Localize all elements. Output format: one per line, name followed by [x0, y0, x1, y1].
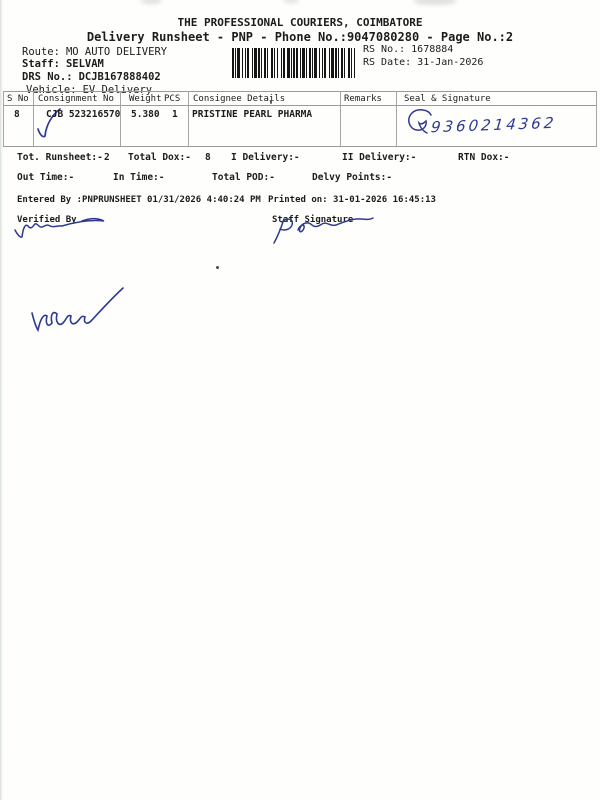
table-vline [33, 91, 34, 146]
rtn-dox-label: RTN Dox:- [458, 152, 509, 163]
table-border-bottom [3, 146, 597, 147]
handwritten-phone-number: 9360214362 [430, 114, 557, 136]
total-dox-label: Total Dox:- [128, 152, 191, 163]
table-vline [596, 91, 597, 146]
drs-label: DRS No.: [22, 71, 73, 83]
rs-date-label: RS Date: [363, 57, 411, 68]
scan-smudge [283, 0, 299, 3]
cell-consignment: CJB 523216570 [46, 109, 120, 120]
total-dox-value: 8 [205, 152, 211, 163]
col-header-sno: S No [7, 94, 29, 104]
table-vline [3, 91, 4, 146]
table-vline [396, 91, 397, 146]
entered-by-text: Entered By :PNPRUNSHEET 01/31/2026 4:40:… [17, 195, 261, 205]
in-time-label: In Time:- [113, 172, 164, 183]
table-header-divider [3, 105, 597, 106]
out-time-label: Out Time:- [17, 172, 74, 183]
drs-value: DCJB167888402 [79, 71, 161, 83]
table-vline [188, 91, 189, 146]
tot-runsheet-value: 2 [104, 152, 110, 163]
total-pod-label: Total POD:- [212, 172, 275, 183]
table-border-top [3, 91, 597, 92]
col-header-seal: Seal & Signature [404, 94, 491, 104]
barcode-icon [232, 48, 358, 78]
tot-runsheet-label: Tot. Runsheet:- [17, 152, 103, 163]
scan-smudge [140, 0, 162, 4]
rs-date-line: RS Date:31-Jan-2026 [363, 57, 483, 68]
printed-on-text: Printed on: 31-01-2026 16:45:13 [268, 195, 436, 205]
verified-by-signature [12, 216, 108, 242]
staff-label: Staff: [22, 58, 60, 70]
scanned-runsheet-page: THE PROFESSIONAL COURIERS, COIMBATORE De… [0, 0, 600, 800]
col-header-remarks: Remarks [344, 94, 382, 104]
rs-no-line: RS No.:1678884 [363, 44, 453, 55]
col-header-consignment: Consignment No [38, 94, 114, 104]
route-label: Route: [22, 46, 60, 58]
col-header-pcs: PCS [164, 94, 180, 104]
cell-sno: 8 [14, 109, 20, 120]
scan-smudge [413, 0, 457, 5]
ii-delivery-label: II Delivery:- [342, 152, 416, 163]
staff-line: Staff:SELVAM [22, 58, 104, 70]
col-header-weight: Weight [129, 94, 162, 104]
rs-no-value: 1678884 [411, 44, 453, 55]
rs-date-value: 31-Jan-2026 [417, 57, 483, 68]
ink-dot [216, 266, 219, 269]
runsheet-subtitle: Delivery Runsheet - PNP - Phone No.:9047… [0, 30, 600, 44]
route-value: MO AUTO DELIVERY [66, 46, 167, 58]
i-delivery-label: I Delivery:- [231, 152, 300, 163]
cell-consignee: PRISTINE PEARL PHARMA [192, 109, 312, 120]
delvy-points-label: Delvy Points:- [312, 172, 392, 183]
company-title: THE PROFESSIONAL COURIERS, COIMBATORE [0, 16, 600, 29]
route-line: Route:MO AUTO DELIVERY [22, 46, 167, 58]
middle-page-signature [26, 283, 128, 345]
table-vline [340, 91, 341, 146]
staff-signature [270, 216, 376, 246]
cell-weight: 5.380 [131, 109, 160, 120]
cell-pcs: 1 [172, 109, 178, 120]
ink-speck [270, 100, 272, 104]
drs-line: DRS No.:DCJB167888402 [22, 71, 161, 83]
staff-value: SELVAM [66, 58, 104, 70]
rs-no-label: RS No.: [363, 44, 405, 55]
